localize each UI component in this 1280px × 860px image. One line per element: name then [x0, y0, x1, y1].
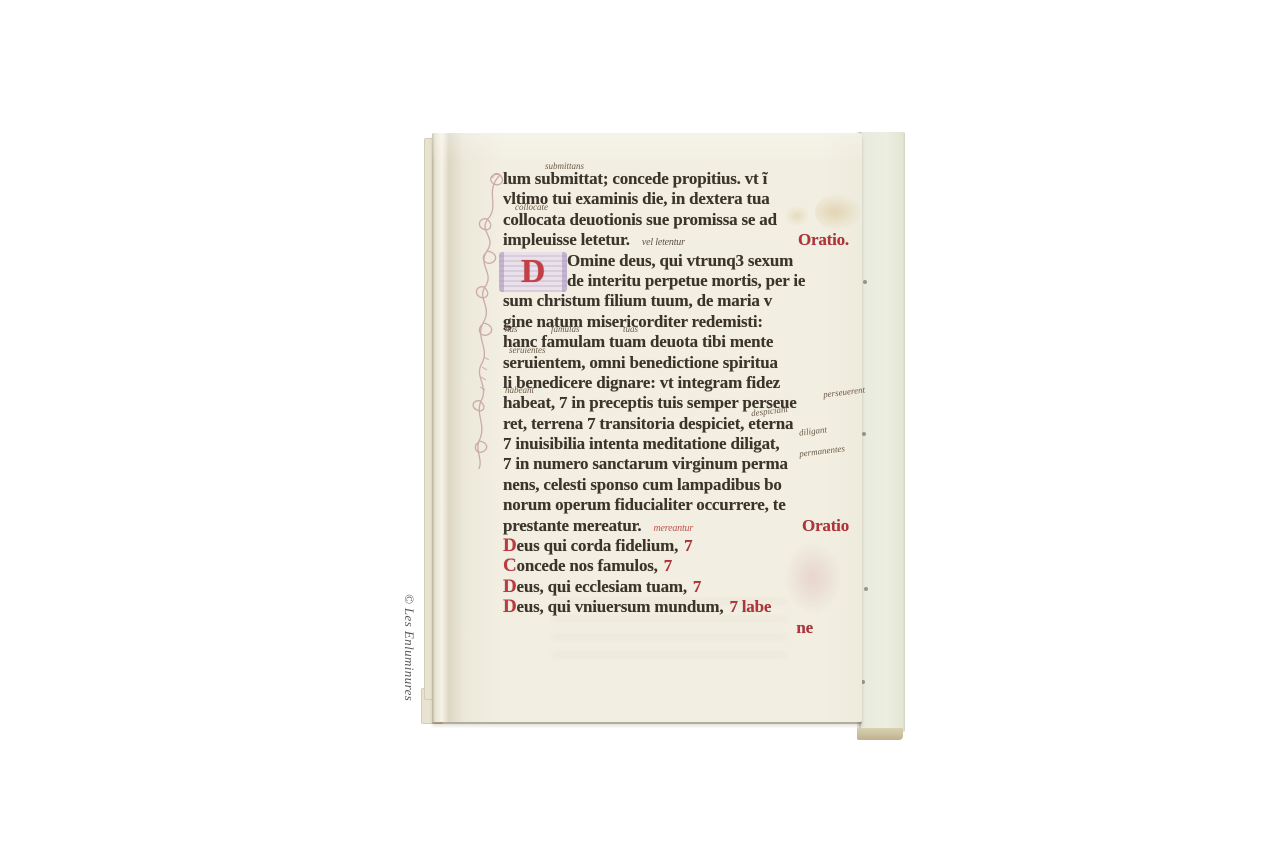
parchment-page: submittans lum submittat; concede propit…	[432, 133, 862, 722]
text-line: li benedicere dignare: vt integram fidez	[503, 373, 849, 393]
text-line: de interitu perpetue mortis, per ie	[503, 271, 849, 291]
line-text: norum operum fiducialiter occurrere, te	[503, 495, 786, 514]
text-line: despiciant ret, terrena 7 transitoria de…	[503, 414, 849, 434]
line-text: Omine deus, qui vtrunq3 sexum	[567, 251, 793, 270]
red-initial: D	[503, 596, 517, 617]
line-text: nens, celesti sponso cum lampadibus bo	[503, 475, 782, 494]
line-text: sum christum filium tuum, de maria v	[503, 291, 772, 310]
red-initial: D	[503, 535, 517, 556]
text-line: has famulas tuas hanc famulam tuam deuot…	[503, 332, 849, 352]
line-text: eus, qui ecclesiam tuam,	[517, 577, 687, 596]
line-text: oncede nos famulos,	[517, 556, 658, 575]
text-block: submittans lum submittat; concede propit…	[503, 169, 849, 638]
credit-text: © Les Enluminures	[401, 594, 417, 701]
line-text: 7 inuisibilia intenta meditatione diliga…	[503, 434, 779, 453]
red-gloss: mereantur	[654, 523, 694, 534]
speck	[863, 280, 867, 284]
line-text: eus, qui vniuersum mundum,	[517, 597, 724, 616]
line-text: lum submittat; concede propitius. vt ĩ	[503, 169, 767, 188]
red-initial: D	[503, 576, 517, 597]
line-text: ne	[796, 618, 813, 637]
red-initial: C	[503, 555, 517, 576]
text-line: ne	[503, 618, 849, 638]
text-line: habeant perseuerent habeat, 7 in precept…	[503, 393, 849, 413]
interlinear-gloss: tuas	[623, 325, 638, 334]
interlinear-gloss: collocate	[515, 203, 548, 212]
marginal-gloss: diligant	[799, 425, 828, 437]
tironian-et: 7	[664, 556, 672, 575]
text-line: vltimo tui examinis die, in dextera tua	[503, 189, 849, 209]
rubric-oratio: Oratio	[802, 516, 849, 536]
text-line: collocate collocata deuotionis sue promi…	[503, 210, 849, 230]
text-line: diligant 7 inuisibilia intenta meditatio…	[503, 434, 849, 454]
interlinear-gloss: has	[505, 325, 518, 334]
line-text: prestante mereatur.	[503, 516, 641, 535]
text-line: prestante mereatur. mereantur Oratio	[503, 516, 849, 536]
line-text: eus qui corda fidelium,	[517, 536, 679, 555]
text-line: Deus, qui vniuersum mundum,7 labe	[503, 597, 849, 617]
text-line: permanentes 7 in numero sanctarum virgin…	[503, 454, 849, 474]
marginal-note: vel letentur	[642, 237, 685, 248]
line-text: seruientem, omni benedictione spiritua	[503, 353, 778, 372]
next-leaf-edge	[857, 132, 905, 732]
speck	[862, 432, 866, 436]
tironian-et: 7 labe	[729, 597, 771, 616]
line-text: collocata deuotionis sue promissa se ad	[503, 210, 777, 229]
tironian-et: 7	[693, 577, 701, 596]
line-text: ret, terrena 7 transitoria despiciet, et…	[503, 414, 793, 433]
text-line: nens, celesti sponso cum lampadibus bo	[503, 475, 849, 495]
interlinear-gloss: submittans	[545, 162, 584, 171]
interlinear-gloss: habeant	[505, 386, 534, 395]
line-text: 7 in numero sanctarum virginum perma	[503, 454, 788, 473]
manuscript-photo: submittans lum submittat; concede propit…	[427, 128, 905, 732]
text-line: Deus, qui ecclesiam tuam,7	[503, 577, 849, 597]
text-line: sum christum filium tuum, de maria v	[503, 291, 849, 311]
marginal-gloss: permanentes	[799, 445, 846, 460]
line-text: impleuisse letetur.	[503, 230, 630, 249]
text-line: norum operum fiducialiter occurrere, te	[503, 495, 849, 515]
text-line: D Omine deus, qui vtrunq3 sexum	[503, 251, 849, 271]
tironian-et: 7	[684, 536, 692, 555]
interlinear-gloss: famulas	[551, 325, 580, 334]
line-text: de interitu perpetue mortis, per ie	[567, 271, 805, 290]
text-line: impleuisse letetur. vel letentur Oratio.	[503, 230, 849, 250]
interlinear-gloss: seruientes	[509, 346, 546, 355]
marginal-gloss: perseuerent	[823, 386, 866, 400]
text-line: seruientes seruientem, omni benedictione…	[503, 353, 849, 373]
text-line: Deus qui corda fidelium,7	[503, 536, 849, 556]
line-text: li benedicere dignare: vt integram fidez	[503, 373, 780, 392]
rubric-oratio: Oratio.	[798, 230, 849, 250]
text-line: Concede nos famulos,7	[503, 556, 849, 576]
text-line: submittans lum submittat; concede propit…	[503, 169, 849, 189]
leaf-bottom-corner	[857, 728, 903, 740]
speck	[864, 587, 868, 591]
